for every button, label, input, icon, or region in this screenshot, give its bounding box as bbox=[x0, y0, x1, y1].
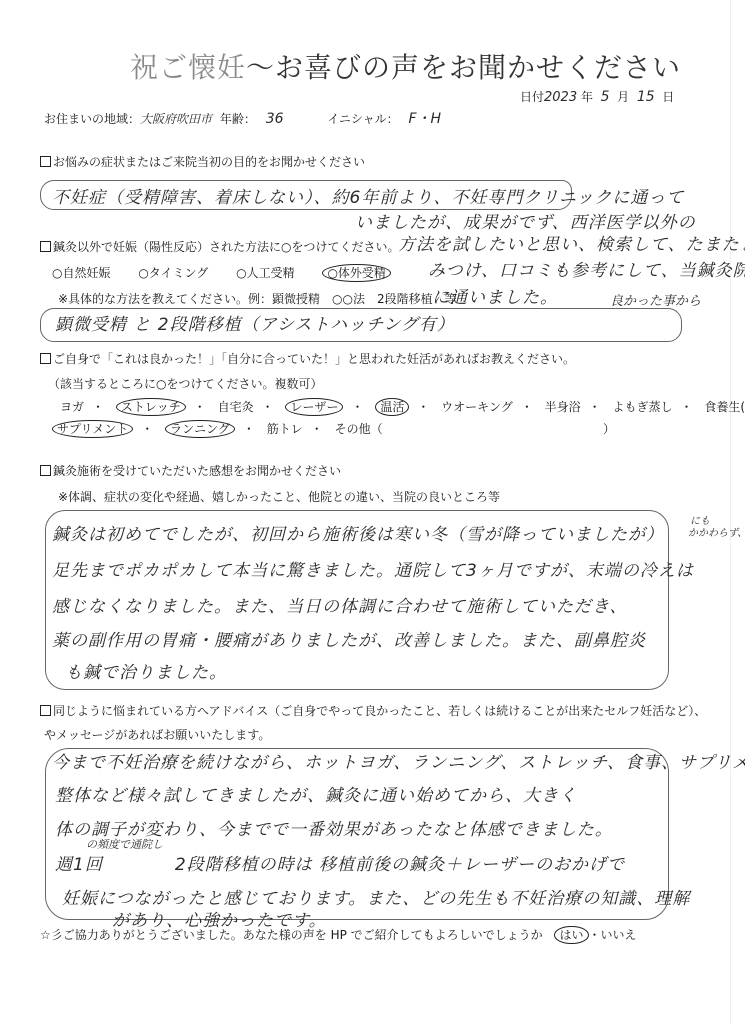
option-timing[interactable]: ○タイミング bbox=[138, 266, 208, 280]
q5-answer-line-4: 週1回 2段階移植の時は 移植前後の鍼灸＋レーザーのおかげで bbox=[55, 850, 625, 875]
date-year: 2023 bbox=[544, 90, 577, 105]
consent-sep: ・ bbox=[589, 928, 601, 942]
day-unit: 日 bbox=[662, 90, 674, 104]
region-value: 大阪府吹田市 bbox=[140, 112, 212, 126]
title-part-2: 〜お喜びの声をお聞かせください bbox=[246, 51, 681, 84]
item-stretch-selected[interactable]: ストレッチ bbox=[116, 398, 186, 416]
date-field: 日付2023 年 5 月 15 日 bbox=[520, 88, 674, 105]
item-half-bath[interactable]: 半身浴 bbox=[545, 400, 581, 414]
item-walking[interactable]: ウオーキング bbox=[441, 400, 513, 414]
q3-label: ご自身で「これは良かった！」「自分に合っていた！」と思われた妊活があればお教えく… bbox=[53, 352, 575, 366]
q3-items-row-2: サプリメント・ ランニング・ 筋トレ・ その他（ bbox=[50, 420, 385, 437]
consent-text: ☆彡ご協力ありがとうございました。あなた様の声を HP でご紹介してもよろしいで… bbox=[40, 928, 543, 942]
item-laser-selected[interactable]: レーザー bbox=[285, 398, 343, 416]
region-label: お住まいの地域： bbox=[44, 112, 140, 126]
checkbox-icon bbox=[40, 241, 51, 252]
q2-detail-prompt: ※具体的な方法を教えてください。例：顕微授精 ○○法 2段階移植 等 bbox=[58, 290, 457, 307]
item-mugwort-steam[interactable]: よもぎ蒸し bbox=[613, 400, 673, 414]
page-edge bbox=[730, 0, 731, 1024]
q5-question-line-1: 同じように悩まれている方へアドバイス（ご自身でやって良かったこと、若しくは続ける… bbox=[40, 702, 706, 719]
profile-row: お住まいの地域：大阪府吹田市 年齢： 36 イニシャル： F・H bbox=[44, 108, 441, 128]
q1-answer-line-3: 方法を試したいと思い、検索して、たまたま bbox=[398, 230, 745, 255]
q4-answer-line-1: 鍼灸は初めてでしたが、初回から施術後は寒い冬（雪が降っていましたが） bbox=[52, 520, 664, 545]
q2-question: 鍼灸以外で妊娠（陽性反応）された方法に○をつけてください。 bbox=[40, 238, 399, 255]
item-strength[interactable]: 筋トレ bbox=[267, 422, 303, 436]
date-day: 15 bbox=[637, 89, 655, 105]
q4-label: 鍼灸施術を受けていただいた感想をお聞かせください bbox=[53, 464, 341, 478]
title-part-1: 祝ご懐妊 bbox=[130, 51, 246, 84]
q5-answer-line-1: 今まで不妊治療を続けながら、ホットヨガ、ランニング、ストレッチ、食事、サプリメン… bbox=[52, 748, 745, 773]
initial-label: イニシャル： bbox=[327, 112, 398, 126]
q4-answer-line-4: 薬の副作用の胃痛・腰痛がありましたが、改善しました。また、副鼻腔炎 bbox=[52, 626, 646, 651]
item-warming-selected[interactable]: 温活 bbox=[375, 398, 409, 416]
year-unit: 年 bbox=[581, 90, 593, 104]
q3-items-row-1: ヨガ・ ストレッチ・ 自宅灸・ レーザー・ 温活・ ウオーキング・ 半身浴・ よ… bbox=[58, 398, 745, 415]
age-label: 年齢： bbox=[220, 112, 256, 126]
q4-margin-note-2: かかわらず、 bbox=[688, 524, 745, 539]
q1-insert-note: 良かった事から bbox=[610, 290, 701, 309]
q3-note: （該当するところに○をつけてください。複数可） bbox=[48, 375, 322, 392]
q4-answer-line-3: 感じなくなりました。また、当日の体調に合わせて施術していただき、 bbox=[52, 592, 627, 617]
q5-answer-line-2: 整体など様々試してきましたが、鍼灸に通い始めてから、大きく bbox=[55, 781, 577, 806]
q3-other-close: ） bbox=[603, 420, 615, 437]
q3-question: ご自身で「これは良かった！」「自分に合っていた！」と思われた妊活があればお教えく… bbox=[40, 350, 575, 367]
option-ivf-selected[interactable]: ○体外受精 bbox=[322, 264, 390, 282]
q4-answer-line-5: も鍼で治りました。 bbox=[65, 658, 227, 683]
option-artificial[interactable]: ○人工受精 bbox=[236, 266, 294, 280]
q1-answer-line-4: みつけ、口コミも参考にして、当鍼灸院 bbox=[428, 256, 745, 281]
item-other[interactable]: その他（ bbox=[335, 422, 383, 436]
checkbox-icon bbox=[40, 705, 51, 716]
initial-value: F・H bbox=[408, 111, 441, 127]
q1-answer-line-1: 不妊症（受精障害、着床しない）、約6年前より、不妊専門クリニックに通って bbox=[52, 183, 684, 208]
q5-question-line-2: やメッセージがあればお願いいたします。 bbox=[44, 726, 270, 743]
checkbox-icon bbox=[40, 465, 51, 476]
q2-label: 鍼灸以外で妊娠（陽性反応）された方法に○をつけてください。 bbox=[53, 240, 399, 254]
q4-question: 鍼灸施術を受けていただいた感想をお聞かせください bbox=[40, 462, 341, 479]
item-yoga[interactable]: ヨガ bbox=[60, 400, 84, 414]
age-value: 36 bbox=[266, 111, 284, 127]
consent-yes-selected[interactable]: はい bbox=[554, 926, 588, 944]
q2-options: ○自然妊娠 ○タイミング ○人工受精 ○体外受精 bbox=[52, 264, 415, 281]
item-running-selected[interactable]: ランニング bbox=[165, 420, 235, 438]
item-home-moxa[interactable]: 自宅灸 bbox=[218, 400, 254, 414]
checkbox-icon bbox=[40, 353, 51, 364]
item-supplement-selected[interactable]: サプリメント bbox=[52, 420, 133, 438]
q4-answer-line-2: 足先までポカポカして本当に驚きました。通院して3ヶ月ですが、末端の冷えは bbox=[52, 556, 694, 581]
q2-detail-answer: 顕微受精 と 2段階移植（アシストハッチング有） bbox=[55, 310, 455, 335]
month-unit: 月 bbox=[617, 90, 629, 104]
q1-question: お悩みの症状またはご来院当初の目的をお聞かせください bbox=[40, 153, 365, 170]
q1-label: お悩みの症状またはご来院当初の目的をお聞かせください bbox=[53, 155, 365, 169]
date-month: 5 bbox=[601, 89, 610, 105]
option-natural[interactable]: ○自然妊娠 bbox=[52, 266, 110, 280]
q4-sub: ※体調、症状の変化や経過、嬉しかったこと、他院との違い、当院の良いところ等 bbox=[58, 488, 500, 505]
footer-consent: ☆彡ご協力ありがとうございました。あなた様の声を HP でご紹介してもよろしいで… bbox=[40, 926, 637, 943]
consent-no[interactable]: いいえ bbox=[601, 928, 637, 942]
checkbox-icon bbox=[40, 156, 51, 167]
item-diet[interactable]: 食養生(ダイエット) bbox=[704, 400, 745, 414]
date-label: 日付 bbox=[520, 90, 544, 104]
page-title: 祝ご懐妊〜お喜びの声をお聞かせください bbox=[130, 46, 681, 86]
q5-label-1: 同じように悩まれている方へアドバイス（ご自身でやって良かったこと、若しくは続ける… bbox=[53, 704, 706, 718]
